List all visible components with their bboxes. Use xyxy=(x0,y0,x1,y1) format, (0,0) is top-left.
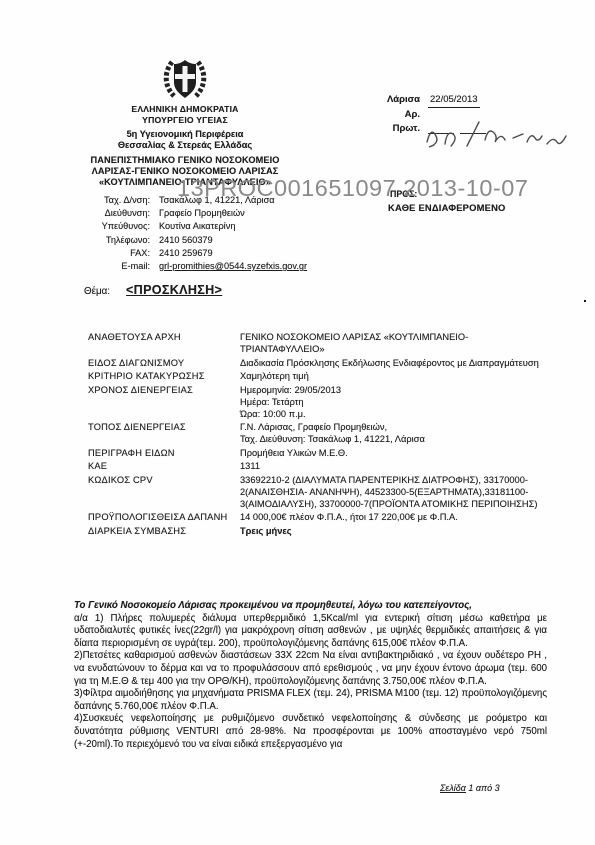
contact-label: FAX: xyxy=(58,247,150,260)
detail-row-time: ΧΡΟΝΟΣ ΔΙΕΝΕΡΓΕΙΑΣ Ημερομηνία: 29/05/201… xyxy=(88,384,546,420)
detail-row-tender-type: ΕΙΔΟΣ ΔΙΑΓΩΝΙΣΜΟΥ Διαδικασία Πρόσκλησης … xyxy=(88,357,546,369)
contact-value: Κουτίνα Αικατερίνη xyxy=(150,220,235,233)
contact-row-fax: FAX: 2410 259679 xyxy=(58,247,358,260)
contact-value: 2410 259679 xyxy=(150,247,213,260)
detail-value: 14 000,00€ πλέον Φ.Π.Α., ήτοι 17 220,00€… xyxy=(240,511,546,523)
contact-row-phone: Τηλέφωνο: 2410 560379 xyxy=(58,234,358,247)
detail-value: 33692210-2 (ΔΙΑΛΥΜΑΤΑ ΠΑΡΕΝΤΕΡΙΚΗΣ ΔΙΑΤΡ… xyxy=(240,474,546,510)
contact-label: E-mail: xyxy=(58,260,150,273)
detail-row-contract-duration: ΔΙΑΡΚΕΙΑ ΣΥΜΒΑΣΗΣ Τρεις μήνες xyxy=(88,525,546,537)
recipient-value: ΚΑΘΕ ΕΝΔΙΑΦΕΡΟΜΕΝΟ xyxy=(388,202,506,213)
procurement-registry-watermark: 13PROC001651097 2013-10-07 xyxy=(177,175,595,202)
page-number: Σελίδα 1 από 3 xyxy=(440,783,500,793)
detail-label: ΤΟΠΟΣ ΔΙΕΝΕΡΓΕΙΑΣ xyxy=(88,421,240,445)
health-region-line2: Θεσσαλίας & Στερεάς Ελλάδας xyxy=(63,140,307,151)
contact-row-responsible: Υπεύθυνος: Κουτίνα Αικατερίνη xyxy=(58,220,358,233)
detail-row-contracting-authority: ΑΝΑΘΕΤΟΥΣΑ ΑΡΧΗ ΓΕΝΙΚΟ ΝΟΣΟΚΟΜΕΙΟ ΛΑΡΙΣΑ… xyxy=(88,331,546,355)
health-region-line1: 5η Υγειονομική Περιφέρεια xyxy=(63,129,307,140)
contact-row-email: E-mail: grl-promithies@0544.syzefxis.gov… xyxy=(58,260,358,273)
detail-value: 1311 xyxy=(240,460,546,472)
subject-line: Θέμα:<ΠΡΟΣΚΛΗΣΗ> xyxy=(84,283,222,297)
email-address: grl-promithies@0544.syzefxis.gov.gr xyxy=(150,260,307,273)
contact-label: Ταχ. Δ/νση: xyxy=(58,194,150,207)
detail-label: ΧΡΟΝΟΣ ΔΙΕΝΕΡΓΕΙΑΣ xyxy=(88,384,240,420)
detail-value: Προμήθεια Υλικών Μ.Ε.Θ. xyxy=(240,447,546,459)
detail-label: ΚΡΙΤΗΡΙΟ ΚΑΤΑΚΥΡΩΣΗΣ xyxy=(88,370,240,382)
detail-row-items-description: ΠΕΡΙΓΡΑΦΗ ΕΙΔΩΝ Προμήθεια Υλικών Μ.Ε.Θ. xyxy=(88,447,546,459)
contact-info-block: Ταχ. Δ/νση: Τσακάλωφ 1, 41221, Λάρισα Δι… xyxy=(58,194,358,273)
detail-row-budget: ΠΡΟΫΠΟΛΟΓΙΣΘΕΙΣΑ ΔΑΠΑΝΗ 14 000,00€ πλέον… xyxy=(88,511,546,523)
contact-value: Γραφείο Προμηθειών xyxy=(150,207,245,220)
page-word: Σελίδα xyxy=(440,783,466,793)
scanned-document-page: ΕΛΛΗΝΙΚΗ ΔΗΜΟΚΡΑΤΙΑ ΥΠΟΥΡΓΕΙΟ ΥΓΕΙΑΣ 5η … xyxy=(0,0,595,845)
detail-row-award-criterion: ΚΡΙΤΗΡΙΟ ΚΑΤΑΚΥΡΩΣΗΣ Χαμηλότερη τιμή xyxy=(88,370,546,382)
body-item-3: 3)Φίλτρα αιμοδιήθησης για μηχανήματα PRI… xyxy=(74,688,547,713)
detail-row-place: ΤΟΠΟΣ ΔΙΕΝΕΡΓΕΙΑΣ Γ.Ν. Λάρισας, Γραφείο … xyxy=(88,421,546,445)
detail-label: ΕΙΔΟΣ ΔΙΑΓΩΝΙΣΜΟΥ xyxy=(88,357,240,369)
contact-label: Υπεύθυνος: xyxy=(58,220,150,233)
date-value: 22/05/2013 xyxy=(428,93,480,108)
contact-label: Διεύθυνση: xyxy=(58,207,150,220)
contact-label: Τηλέφωνο: xyxy=(58,234,150,247)
body-item-2: 2)Πετσέτες καθαρισμού ασθενών διαστάσεων… xyxy=(74,650,547,688)
detail-label: ΠΕΡΙΓΡΑΦΗ ΕΙΔΩΝ xyxy=(88,447,240,459)
detail-label: ΠΡΟΫΠΟΛΟΓΙΣΘΕΙΣΑ ΔΑΠΑΝΗ xyxy=(88,511,240,523)
republic-line: ΕΛΛΗΝΙΚΗ ΔΗΜΟΚΡΑΤΙΑ xyxy=(63,104,307,115)
detail-label: ΚΩΔΙΚΟΣ CPV xyxy=(88,474,240,510)
detail-row-kae: ΚΑΕ 1311 xyxy=(88,460,546,472)
detail-value: ΓΕΝΙΚΟ ΝΟΣΟΚΟΜΕΙΟ ΛΑΡΙΣΑΣ «ΚΟΥΤΛΙΜΠΑΝΕΙΟ… xyxy=(240,331,546,355)
subject-value: <ΠΡΟΣΚΛΗΣΗ> xyxy=(126,283,222,297)
detail-value: Τρεις μήνες xyxy=(240,525,546,537)
detail-label: ΔΙΑΡΚΕΙΑ ΣΥΜΒΑΣΗΣ xyxy=(88,525,240,537)
page-info: 1 από 3 xyxy=(466,783,500,793)
detail-label: ΑΝΑΘΕΤΟΥΣΑ ΑΡΧΗ xyxy=(88,331,240,355)
handwritten-protocol-scribble xyxy=(415,112,580,160)
ministry-line: ΥΠΟΥΡΓΕΙΟ ΥΓΕΙΑΣ xyxy=(63,115,307,126)
city-label: Λάρισα xyxy=(352,93,428,107)
contact-value: 2410 560379 xyxy=(150,234,213,247)
body-intro: Το Γενικό Νοσοκομείο Λάρισας προκειμένου… xyxy=(74,600,547,613)
contact-row-department: Διεύθυνση: Γραφείο Προμηθειών xyxy=(58,207,358,220)
hospital-name-line1: ΠΑΝΕΠΙΣΤΗΜΙΑΚΟ ΓΕΝΙΚΟ ΝΟΣΟΚΟΜΕΙΟ xyxy=(63,155,307,166)
body-item-1: α/α 1) Πλήρες πολυμερές διάλυμα υπερθερμ… xyxy=(74,613,547,651)
detail-value: Ημερομηνία: 29/05/2013 Ημέρα: Τετάρτη Ώρ… xyxy=(240,384,546,420)
detail-row-cpv: ΚΩΔΙΚΟΣ CPV 33692210-2 (ΔΙΑΛΥΜΑΤΑ ΠΑΡΕΝΤ… xyxy=(88,474,546,510)
subject-label: Θέμα: xyxy=(84,286,110,297)
detail-label: ΚΑΕ xyxy=(88,460,240,472)
body-item-4: 4)Συσκευές νεφελοποίησης με ρυθμιζόμενο … xyxy=(74,713,547,751)
body-text: Το Γενικό Νοσοκομείο Λάρισας προκειμένου… xyxy=(74,600,547,751)
scan-artifact-dot xyxy=(584,300,586,302)
detail-value: Γ.Ν. Λάρισας, Γραφείο Προμηθειών, Ταχ. Δ… xyxy=(240,421,546,445)
tender-details-table: ΑΝΑΘΕΤΟΥΣΑ ΑΡΧΗ ΓΕΝΙΚΟ ΝΟΣΟΚΟΜΕΙΟ ΛΑΡΙΣΑ… xyxy=(88,331,546,538)
detail-value: Διαδικασία Πρόσκλησης Εκδήλωσης Ενδιαφέρ… xyxy=(240,357,546,369)
greek-coat-of-arms-icon xyxy=(162,56,208,102)
detail-value: Χαμηλότερη τιμή xyxy=(240,370,546,382)
letterhead: ΕΛΛΗΝΙΚΗ ΔΗΜΟΚΡΑΤΙΑ ΥΠΟΥΡΓΕΙΟ ΥΓΕΙΑΣ 5η … xyxy=(63,56,307,188)
